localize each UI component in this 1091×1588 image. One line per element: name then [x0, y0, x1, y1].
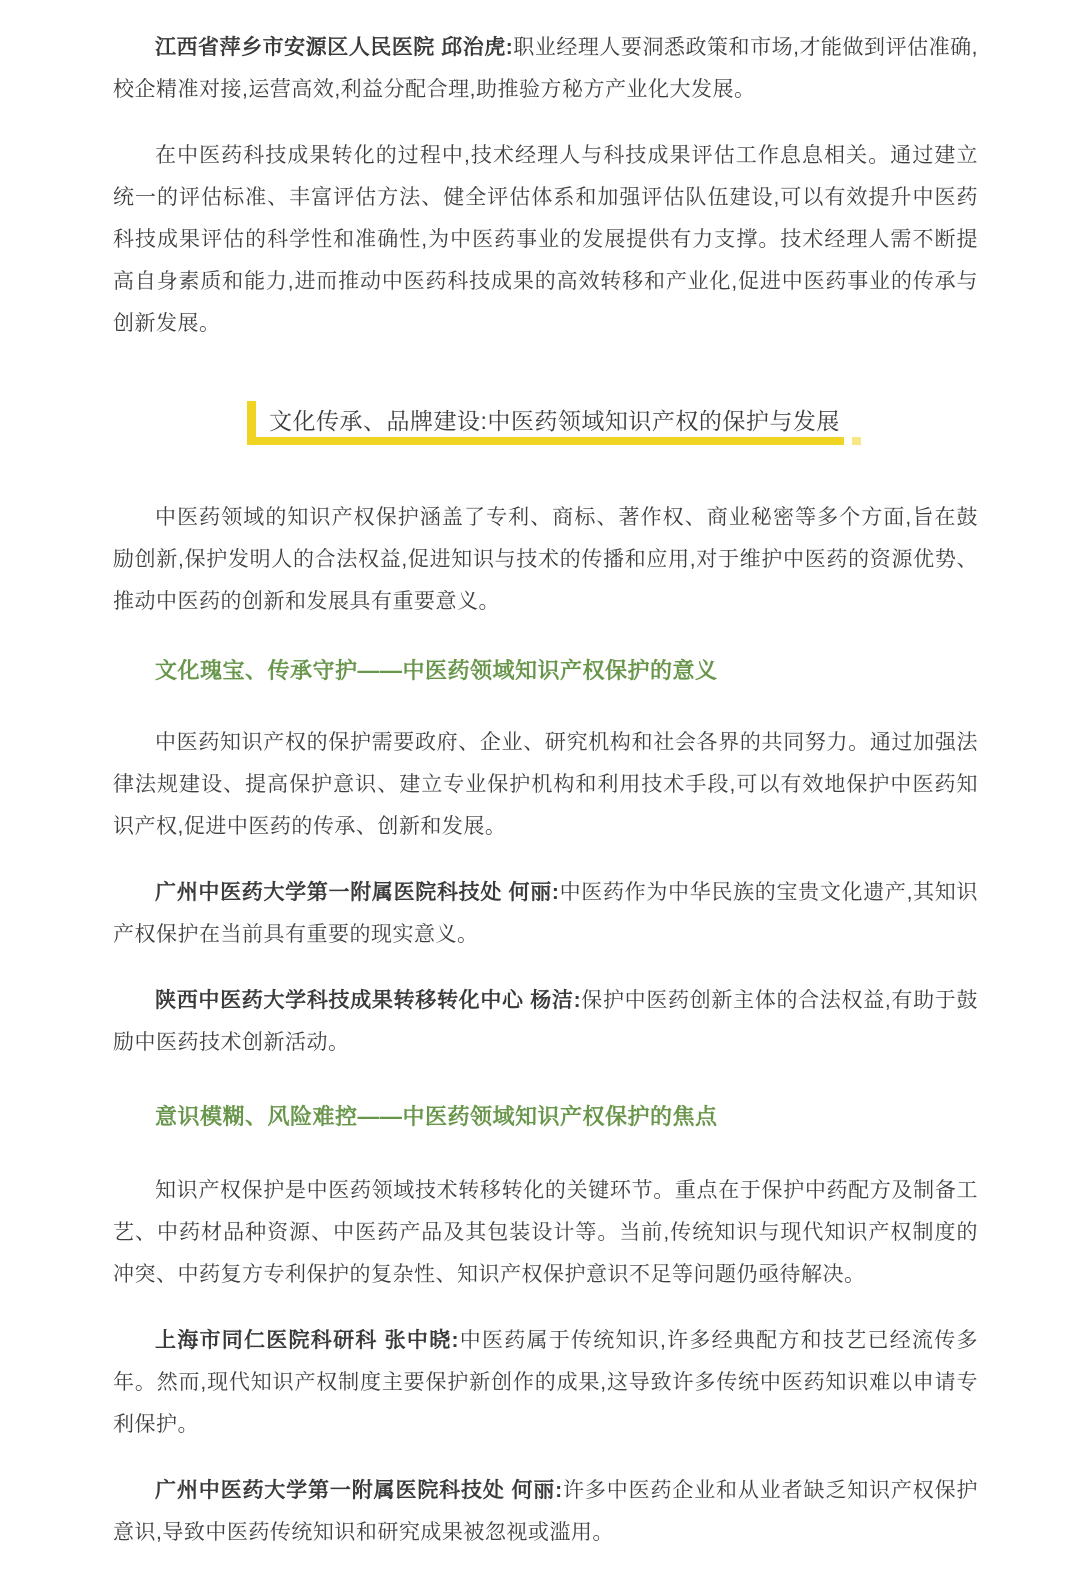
speaker-name-he-2: 广州中医药大学第一附属医院科技处 何丽: [155, 1479, 563, 1502]
paragraph-ip-overview-text: 中医药领域的知识产权保护涵盖了专利、商标、著作权、商业秘密等多个方面,旨在鼓励创… [113, 506, 978, 613]
quote-paragraph-he-2: 广州中医药大学第一附属医院科技处 何丽:许多中医药企业和从业者缺乏知识产权保护意… [113, 1470, 978, 1554]
quote-paragraph-yang: 陕西中医药大学科技成果转移转化中心 杨洁:保护中医药创新主体的合法权益,有助于鼓… [113, 980, 978, 1064]
speaker-name-qiu: 江西省萍乡市安源区人民医院 邱治虎: [155, 36, 513, 59]
speaker-name-zhang: 上海市同仁医院科研科 张中晓: [155, 1329, 459, 1352]
quote-paragraph-he-1: 广州中医药大学第一附属医院科技处 何丽:中医药作为中华民族的宝贵文化遗产,其知识… [113, 872, 978, 956]
subheading-meaning: 文化瑰宝、传承守护——中医药领域知识产权保护的意义 [155, 656, 978, 686]
paragraph-focus-text: 知识产权保护是中医药领域技术转移转化的关键环节。重点在于保护中药配方及制备工艺、… [113, 1179, 978, 1286]
article-page: 江西省萍乡市安源区人民医院 邱治虎:职业经理人要洞悉政策和市场,才能做到评估准确… [0, 0, 1091, 1588]
paragraph-meaning: 中医药知识产权的保护需要政府、企业、研究机构和社会各界的共同努力。通过加强法律法… [113, 722, 978, 848]
subheading-focus: 意识模糊、风险难控——中医药领域知识产权保护的焦点 [155, 1102, 978, 1132]
speaker-name-he-1: 广州中医药大学第一附属医院科技处 何丽: [155, 881, 559, 904]
paragraph-ip-overview: 中医药领域的知识产权保护涵盖了专利、商标、著作权、商业秘密等多个方面,旨在鼓励创… [113, 497, 978, 623]
section-heading-text: 文化传承、品牌建设:中医药领域知识产权的保护与发展 [269, 408, 840, 434]
quote-paragraph-zhang: 上海市同仁医院科研科 张中晓:中医药属于传统知识,许多经典配方和技艺已经流传多年… [113, 1320, 978, 1446]
quote-paragraph-qiu: 江西省萍乡市安源区人民医院 邱治虎:职业经理人要洞悉政策和市场,才能做到评估准确… [113, 27, 978, 111]
paragraph-focus: 知识产权保护是中医药领域技术转移转化的关键环节。重点在于保护中药配方及制备工艺、… [113, 1170, 978, 1296]
speaker-name-yang: 陕西中医药大学科技成果转移转化中心 杨洁: [155, 989, 581, 1012]
subheading-meaning-text: 文化瑰宝、传承守护——中医药领域知识产权保护的意义 [155, 658, 718, 683]
section-heading: 文化传承、品牌建设:中医药领域知识产权的保护与发展 [247, 401, 844, 445]
paragraph-transform-summary: 在中医药科技成果转化的过程中,技术经理人与科技成果评估工作息息相关。通过建立统一… [113, 135, 978, 345]
paragraph-transform-text: 在中医药科技成果转化的过程中,技术经理人与科技成果评估工作息息相关。通过建立统一… [113, 144, 978, 335]
paragraph-meaning-text: 中医药知识产权的保护需要政府、企业、研究机构和社会各界的共同努力。通过加强法律法… [113, 731, 978, 838]
subheading-focus-text: 意识模糊、风险难控——中医药领域知识产权保护的焦点 [155, 1104, 718, 1129]
